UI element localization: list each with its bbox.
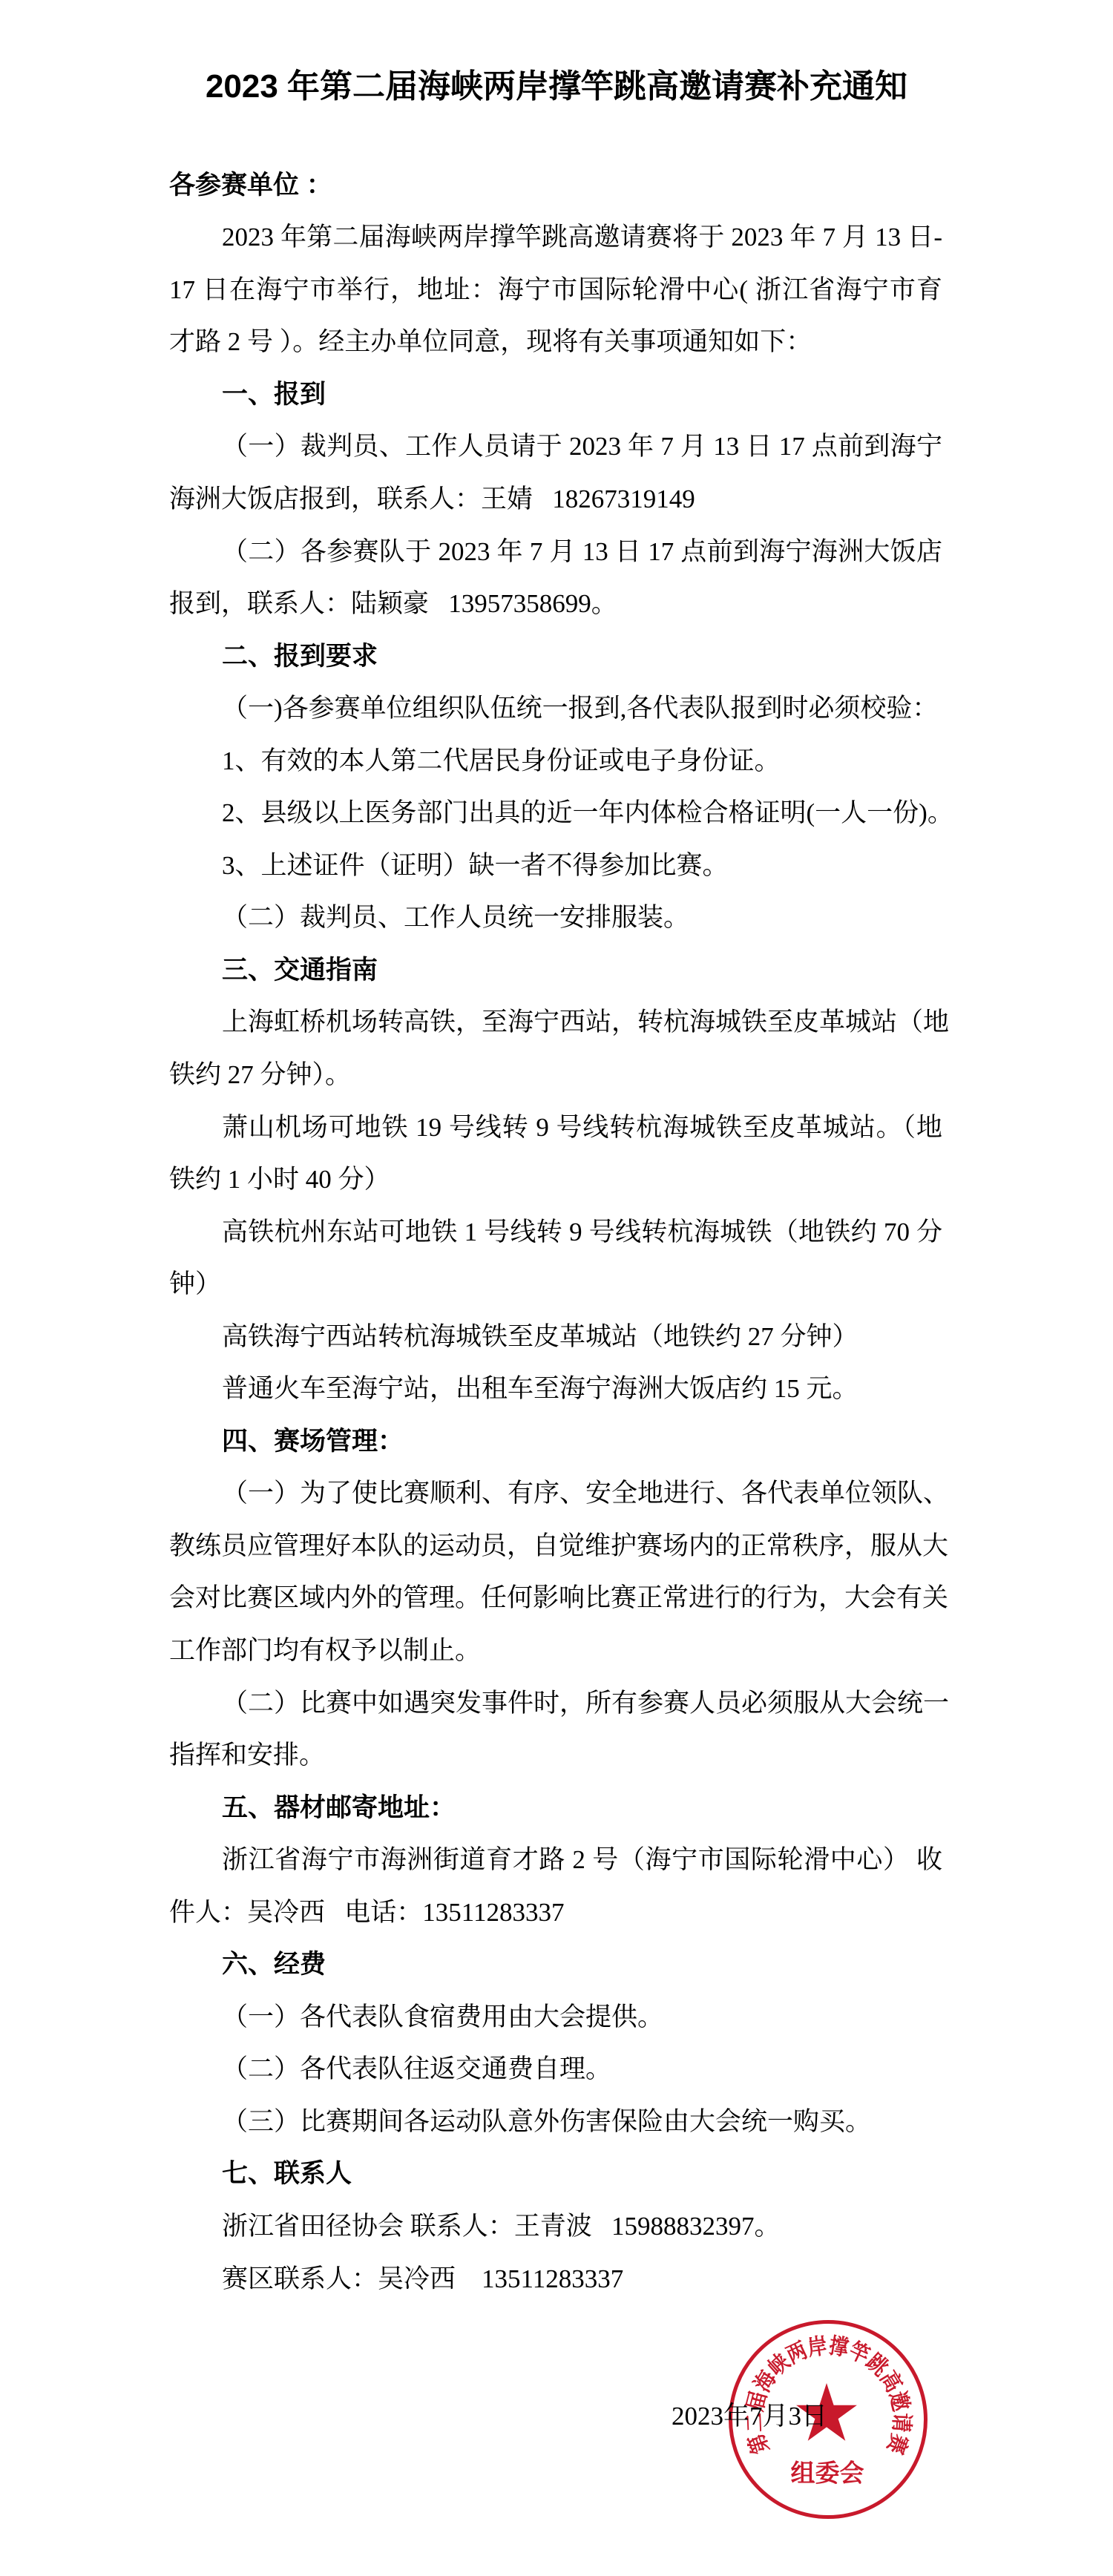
paragraph-line: 件人：吴冷西 电话：13511283337 — [169, 1887, 942, 1939]
paragraph-line: （一）各代表队食宿费用由大会提供。 — [169, 1991, 942, 2044]
paragraph-line: 工作部门均有权予以制止。 — [169, 1625, 942, 1678]
paragraph-line: 高铁海宁西站转杭海城铁至皮革城站（地铁约 27 分钟） — [169, 1311, 942, 1364]
paragraph-line: 教练员应管理好本队的运动员，自觉维护赛场内的正常秩序，服从大 — [169, 1520, 942, 1573]
paragraph-line: 铁约 1 小时 40 分） — [169, 1154, 942, 1206]
intro-paragraph: 2023 年第二届海峡两岸撑竿跳高邀请赛将于 2023 年 7 月 13 日- … — [169, 211, 942, 369]
paragraph-line: 会对比赛区域内外的管理。任何影响比赛正常进行的行为，大会有关 — [169, 1572, 942, 1625]
section-heading: 六、经费 — [169, 1939, 942, 1991]
paragraph-line: （一）裁判员、工作人员请于 2023 年 7 月 13 日 17 点前到海宁 — [169, 421, 942, 473]
paragraph-line: （二）裁判员、工作人员统一安排服装。 — [169, 892, 942, 944]
paragraph-line: 普通火车至海宁站，出租车至海宁海洲大饭店约 15 元。 — [169, 1363, 942, 1416]
paragraph-line: 浙江省海宁市海洲街道育才路 2 号（海宁市国际轮滑中心） 收 — [169, 1834, 942, 1887]
document-title: 2023 年第二届海峡两岸撑竿跳高邀请赛补充通知 — [0, 65, 1113, 109]
section-heading: 一、报到 — [169, 369, 942, 421]
section-heading: 二、报到要求 — [169, 631, 942, 683]
paragraph-line: 钟） — [169, 1258, 942, 1311]
salutation: 各参赛单位 ： — [169, 160, 942, 212]
section-heading: 五、器材邮寄地址： — [169, 1782, 942, 1835]
paragraph-line: （一)各参赛单位组织队伍统一报到,各代表队报到时必须校验： — [169, 683, 942, 735]
paragraph-line: 2023 年第二届海峡两岸撑竿跳高邀请赛将于 2023 年 7 月 13 日- — [169, 211, 942, 264]
paragraph-line: 才路 2 号 ）。经主办单位同意，现将有关事项通知如下： — [169, 316, 942, 369]
paragraph-line: 3、上述证件（证明）缺一者不得参加比赛。 — [169, 840, 942, 893]
paragraph-line: 浙江省田径协会 联系人：王青波 15988832397。 — [169, 2201, 942, 2253]
section-heading: 七、联系人 — [169, 2148, 942, 2201]
seal-center-text: 组委会 — [791, 2460, 864, 2487]
paragraph-line: 萧山机场可地铁 19 号线转 9 号线转杭海城铁至皮革城站。（地 — [169, 1102, 942, 1154]
paragraph-line: 铁约 27 分钟）。 — [169, 1049, 942, 1102]
paragraph-line: 高铁杭州东站可地铁 1 号线转 9 号线转杭海城铁（地铁约 70 分 — [169, 1206, 942, 1259]
issue-date: 2023年7月3日 — [672, 2402, 827, 2431]
paragraph-line: （二）比赛中如遇突发事件时，所有参赛人员必须服从大会统一 — [169, 1678, 942, 1730]
paragraph-line: 1、有效的本人第二代居民身份证或电子身份证。 — [169, 735, 942, 788]
section-heading: 三、交通指南 — [169, 944, 942, 997]
document-body: 各参赛单位 ： 2023 年第二届海峡两岸撑竿跳高邀请赛将于 2023 年 7 … — [169, 160, 942, 2305]
paragraph-line: （二）各代表队往返交通费自理。 — [169, 2043, 942, 2096]
paragraph-line: 2、县级以上医务部门出具的近一年内体检合格证明(一人一份)。 — [169, 787, 942, 840]
section-heading: 四、赛场管理： — [169, 1416, 942, 1468]
paragraph-line: 报到，联系人：陆颖豪 13957358699。 — [169, 578, 942, 631]
paragraph-line: （二）各参赛队于 2023 年 7 月 13 日 17 点前到海宁海洲大饭店 — [169, 526, 942, 579]
paragraph-line: 17 日在海宁市举行，地址：海宁市国际轮滑中心( 浙江省海宁市育 — [169, 264, 942, 317]
paragraph-line: （一）为了使比赛顺利、有序、安全地进行、各代表单位领队、 — [169, 1468, 942, 1520]
paragraph-line: 海洲大饭店报到，联系人：王婧 18267319149 — [169, 473, 942, 526]
paragraph-line: 上海虹桥机场转高铁，至海宁西站，转杭海城铁至皮革城站（地 — [169, 996, 942, 1049]
paragraph-line: 指挥和安排。 — [169, 1729, 942, 1782]
paragraph-line: 赛区联系人：吴冷西 13511283337 — [169, 2253, 942, 2306]
paragraph-line: （三）比赛期间各运动队意外伤害保险由大会统一购买。 — [169, 2096, 942, 2149]
